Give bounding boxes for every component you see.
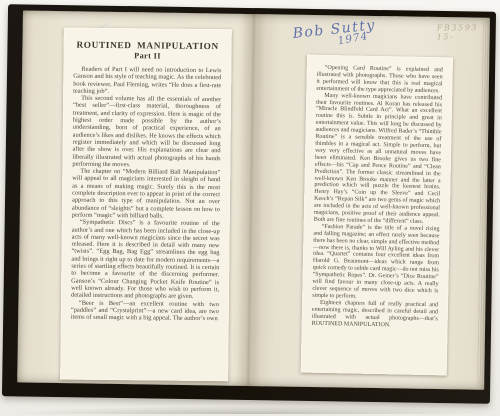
left-clipping: ROUTINED MANIPULATION Part II Readers of… xyxy=(60,28,232,382)
page-edge-texture xyxy=(477,21,489,387)
right-clipping: “Opening Card Routine” is explained and … xyxy=(301,55,453,376)
clipping-paragraph: Many well-known magicians have contribut… xyxy=(314,92,443,226)
book-drop-shadow xyxy=(10,406,496,414)
clipping-paragraph: The chapter on “Modern Billiard Ball Man… xyxy=(72,168,221,221)
pencil-price-code: FB3593 15- xyxy=(437,23,496,41)
clipping-paragraph: Readers of Part I will need no introduct… xyxy=(73,66,221,97)
clipping-paragraph: “Beer is Best”—an excellent routine with… xyxy=(71,299,219,322)
clipping-paragraph: “Sympathetic Discs” is a favourite routi… xyxy=(71,219,220,301)
clipping-paragraph: “Fashion Parade” is the title of a novel… xyxy=(312,224,439,302)
clipping-paragraph: “Opening Card Routine” is explained and … xyxy=(316,65,443,95)
book-cover: Bob Sutty 1974 FB3593 15- ROUTINED MANIP… xyxy=(2,4,496,404)
page-gutter xyxy=(237,14,267,386)
clipping-part-label: Part II xyxy=(73,51,221,62)
clipping-paragraph: Eighteen chapters full of really practic… xyxy=(312,300,439,330)
clipping-paragraph: This second volume has all the essential… xyxy=(72,95,221,170)
book-photo: Bob Sutty 1974 FB3593 15- ROUTINED MANIP… xyxy=(0,0,500,416)
clipping-title: ROUTINED MANIPULATION xyxy=(74,40,222,52)
